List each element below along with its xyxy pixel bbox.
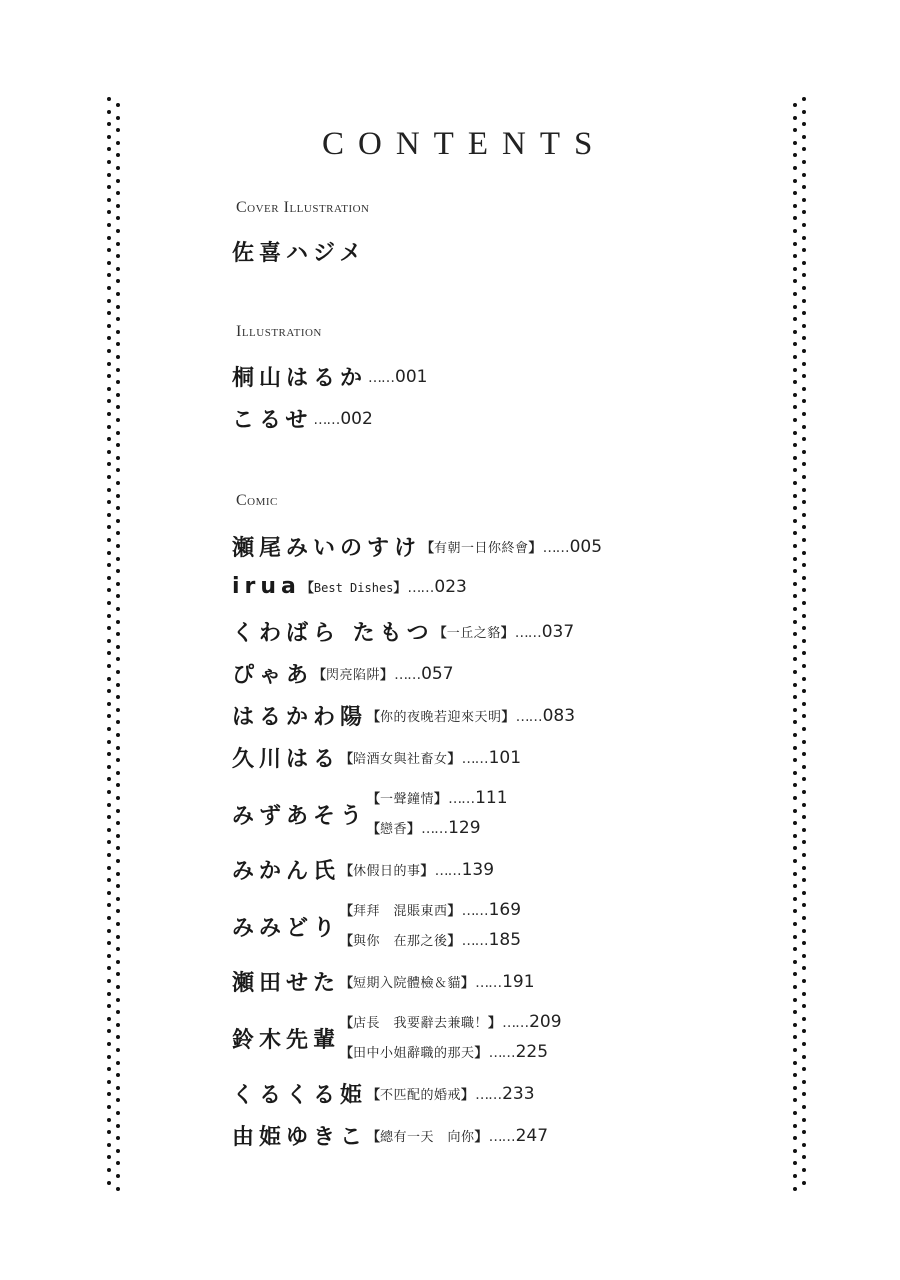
artist-name: 由姫ゆきこ bbox=[232, 1120, 367, 1151]
leader-dots: …… bbox=[407, 580, 433, 596]
bracket-close: 】 bbox=[475, 1126, 488, 1145]
bracket-close: 】 bbox=[529, 537, 542, 556]
artist-name: 瀬尾みいのすけ bbox=[232, 531, 421, 562]
bracket-open: 【 bbox=[421, 537, 434, 556]
artist-name: みずあそう bbox=[232, 799, 367, 830]
toc-entry: ぴゃあ【閃亮陷阱】……057 bbox=[232, 658, 454, 689]
leader-dots: …… bbox=[462, 897, 488, 925]
leader-dots: …… bbox=[475, 975, 501, 991]
bracket-open: 【 bbox=[340, 972, 353, 991]
work-title: 短期入院體檢＆貓 bbox=[353, 972, 461, 991]
page-number: 191 bbox=[502, 972, 534, 992]
leader-dots: …… bbox=[462, 927, 488, 955]
bracket-open: 【 bbox=[340, 1040, 353, 1068]
toc-entry: くわばら たもつ【一丘之貉】……037 bbox=[232, 616, 574, 647]
page-number: 002 bbox=[340, 409, 372, 429]
leader-dots: …… bbox=[368, 370, 394, 386]
work-item: 【短期入院體檢＆貓】……191 bbox=[340, 972, 535, 992]
work-list: ……001 bbox=[367, 367, 427, 387]
work-item: 【有朝一日你終會】……005 bbox=[421, 537, 602, 557]
bracket-close: 】 bbox=[448, 898, 461, 926]
bracket-close: 】 bbox=[475, 1040, 488, 1068]
leader-dots: …… bbox=[543, 540, 569, 556]
artist-name: 瀬田せた bbox=[232, 966, 340, 997]
page-number: 083 bbox=[543, 706, 575, 726]
work-item: 【一聲鐘情】……111 bbox=[367, 784, 508, 814]
page-number: 233 bbox=[502, 1084, 534, 1104]
artist-name: ぴゃあ bbox=[232, 658, 313, 689]
work-title: 休假日的事 bbox=[353, 860, 421, 879]
bracket-close: 】 bbox=[461, 1084, 474, 1103]
bracket-close: 】 bbox=[407, 816, 420, 844]
page-number: 247 bbox=[516, 1126, 548, 1146]
left-dotted-border-inner bbox=[116, 103, 120, 1187]
artist-name: 鈴木先輩 bbox=[232, 1023, 340, 1054]
page-number: 169 bbox=[489, 896, 521, 924]
bracket-open: 【 bbox=[434, 622, 447, 641]
toc-entry: irua【Best Dishes】……023 bbox=[232, 574, 467, 599]
artist-name: はるかわ陽 bbox=[232, 700, 367, 731]
artist-name: 桐山はるか bbox=[232, 361, 367, 392]
section-label-illustration: Illustration bbox=[236, 323, 322, 341]
work-item: 【休假日的事】……139 bbox=[340, 860, 494, 880]
bracket-open: 【 bbox=[367, 1084, 380, 1103]
left-dotted-border bbox=[107, 97, 111, 1187]
leader-dots: …… bbox=[448, 785, 474, 813]
bracket-open: 【 bbox=[340, 898, 353, 926]
work-title: 田中小姐辭職的那天 bbox=[353, 1040, 475, 1068]
page-number: 129 bbox=[448, 814, 480, 842]
right-dotted-border-outer bbox=[802, 97, 806, 1187]
work-title: 閃亮陷阱 bbox=[326, 664, 380, 683]
work-item: 【閃亮陷阱】……057 bbox=[313, 664, 454, 684]
leader-dots: …… bbox=[489, 1039, 515, 1067]
toc-entry: こるせ……002 bbox=[232, 403, 373, 434]
work-item: 【店長 我要辭去兼職！】……209 bbox=[340, 1008, 562, 1038]
toc-entry: 瀬田せた【短期入院體檢＆貓】……191 bbox=[232, 966, 535, 997]
artist-name: irua bbox=[232, 574, 301, 599]
work-title: 有朝一日你終會 bbox=[434, 537, 529, 556]
artist-name: 久川はる bbox=[232, 742, 340, 773]
bracket-close: 】 bbox=[488, 1010, 501, 1038]
bracket-open: 【 bbox=[367, 706, 380, 725]
bracket-close: 】 bbox=[502, 706, 515, 725]
leader-dots: …… bbox=[435, 863, 461, 879]
bracket-open: 【 bbox=[301, 577, 314, 596]
work-list: 【拜拜 混賬東西】……169【與你 在那之後】……185 bbox=[340, 896, 521, 956]
page-number: 101 bbox=[489, 748, 521, 768]
work-item: ……002 bbox=[312, 409, 372, 429]
bracket-open: 【 bbox=[340, 748, 353, 767]
section-label-comic: Comic bbox=[236, 492, 278, 510]
work-item: 【一丘之貉】……037 bbox=[434, 622, 575, 642]
bracket-close: 】 bbox=[461, 972, 474, 991]
toc-entry: 久川はる【陪酒女與社畜女】……101 bbox=[232, 742, 521, 773]
work-list: 【有朝一日你終會】……005 bbox=[421, 537, 602, 557]
artist-name: みかん氏 bbox=[232, 854, 340, 885]
work-title: Best Dishes bbox=[314, 581, 393, 595]
toc-entry: みかん氏【休假日的事】……139 bbox=[232, 854, 494, 885]
toc-entry: 瀬尾みいのすけ【有朝一日你終會】……005 bbox=[232, 531, 602, 562]
page-number: 005 bbox=[570, 537, 602, 557]
leader-dots: …… bbox=[502, 1009, 528, 1037]
page-number: 037 bbox=[542, 622, 574, 642]
work-item: 【拜拜 混賬東西】……169 bbox=[340, 896, 521, 926]
page-number: 111 bbox=[475, 784, 507, 812]
artist-name: 佐喜ハジメ bbox=[232, 236, 366, 267]
work-title: 一聲鐘情 bbox=[380, 786, 434, 814]
work-list: 【閃亮陷阱】……057 bbox=[313, 664, 454, 684]
work-title: 不匹配的婚戒 bbox=[380, 1084, 461, 1103]
leader-dots: …… bbox=[516, 709, 542, 725]
work-title: 店長 我要辭去兼職！ bbox=[353, 1010, 488, 1038]
work-title: 總有一天 向你 bbox=[380, 1126, 475, 1145]
bracket-close: 】 bbox=[448, 748, 461, 767]
page-number: 209 bbox=[529, 1008, 561, 1036]
work-item: 【總有一天 向你】……247 bbox=[367, 1126, 548, 1146]
leader-dots: …… bbox=[475, 1087, 501, 1103]
work-list: 【你的夜晚若迎來天明】……083 bbox=[367, 706, 575, 726]
work-item: 【田中小姐辭職的那天】……225 bbox=[340, 1038, 562, 1068]
toc-entry: はるかわ陽【你的夜晚若迎來天明】……083 bbox=[232, 700, 575, 731]
bracket-close: 】 bbox=[434, 786, 447, 814]
work-title: 陪酒女與社畜女 bbox=[353, 748, 448, 767]
work-list: 【陪酒女與社畜女】……101 bbox=[340, 748, 521, 768]
artist-name: こるせ bbox=[232, 403, 312, 434]
work-list: 【不匹配的婚戒】……233 bbox=[367, 1084, 535, 1104]
work-list: 【一聲鐘情】……111【戀香】……129 bbox=[367, 784, 508, 844]
work-title: 戀香 bbox=[380, 816, 407, 844]
toc-entry: みみどり【拜拜 混賬東西】……169【與你 在那之後】……185 bbox=[232, 896, 521, 956]
work-list: 【一丘之貉】……037 bbox=[434, 622, 575, 642]
work-title: 你的夜晚若迎來天明 bbox=[380, 706, 502, 725]
work-item: ……001 bbox=[367, 367, 427, 387]
page-number: 023 bbox=[434, 577, 466, 597]
work-item: 【不匹配的婚戒】……233 bbox=[367, 1084, 535, 1104]
leader-dots: …… bbox=[313, 412, 339, 428]
page-number: 139 bbox=[462, 860, 494, 880]
section-label-cover-illustration: Cover Illustration bbox=[236, 199, 370, 217]
artist-name: くわばら たもつ bbox=[232, 616, 434, 647]
bracket-open: 【 bbox=[367, 1126, 380, 1145]
work-list: 【總有一天 向你】……247 bbox=[367, 1126, 548, 1146]
work-item: 【你的夜晚若迎來天明】……083 bbox=[367, 706, 575, 726]
bracket-close: 】 bbox=[393, 577, 406, 596]
leader-dots: …… bbox=[421, 815, 447, 843]
work-list: ……002 bbox=[312, 409, 372, 429]
work-item: 【Best Dishes】……023 bbox=[301, 577, 467, 597]
work-item: 【與你 在那之後】……185 bbox=[340, 926, 521, 956]
bracket-open: 【 bbox=[340, 928, 353, 956]
page-number: 001 bbox=[395, 367, 427, 387]
leader-dots: …… bbox=[394, 667, 420, 683]
bracket-open: 【 bbox=[340, 1010, 353, 1038]
toc-entry: くるくる姫【不匹配的婚戒】……233 bbox=[232, 1078, 535, 1109]
artist-name: みみどり bbox=[232, 911, 340, 942]
bracket-open: 【 bbox=[313, 664, 326, 683]
bracket-close: 】 bbox=[421, 860, 434, 879]
bracket-open: 【 bbox=[340, 860, 353, 879]
artist-name: くるくる姫 bbox=[232, 1078, 367, 1109]
bracket-close: 】 bbox=[501, 622, 514, 641]
leader-dots: …… bbox=[462, 751, 488, 767]
work-title: 拜拜 混賬東西 bbox=[353, 898, 448, 926]
leader-dots: …… bbox=[489, 1129, 515, 1145]
toc-entry: 桐山はるか……001 bbox=[232, 361, 427, 392]
work-title: 一丘之貉 bbox=[447, 622, 501, 641]
work-list: 【短期入院體檢＆貓】……191 bbox=[340, 972, 535, 992]
right-dotted-border bbox=[793, 103, 797, 1187]
bracket-close: 】 bbox=[380, 664, 393, 683]
work-list: 【店長 我要辭去兼職！】……209【田中小姐辭職的那天】……225 bbox=[340, 1008, 562, 1068]
toc-entry: 鈴木先輩【店長 我要辭去兼職！】……209【田中小姐辭職的那天】……225 bbox=[232, 1008, 562, 1068]
work-item: 【陪酒女與社畜女】……101 bbox=[340, 748, 521, 768]
bracket-close: 】 bbox=[448, 928, 461, 956]
toc-entry: みずあそう【一聲鐘情】……111【戀香】……129 bbox=[232, 784, 508, 844]
bracket-open: 【 bbox=[367, 816, 380, 844]
toc-entry: 佐喜ハジメ bbox=[232, 236, 366, 267]
toc-entry: 由姫ゆきこ【總有一天 向你】……247 bbox=[232, 1120, 548, 1151]
work-list: 【休假日的事】……139 bbox=[340, 860, 494, 880]
leader-dots: …… bbox=[515, 625, 541, 641]
bracket-open: 【 bbox=[367, 786, 380, 814]
page-number: 185 bbox=[489, 926, 521, 954]
work-list: 【Best Dishes】……023 bbox=[301, 577, 467, 597]
page-number: 225 bbox=[516, 1038, 548, 1066]
page-number: 057 bbox=[421, 664, 453, 684]
work-item: 【戀香】……129 bbox=[367, 814, 508, 844]
work-title: 與你 在那之後 bbox=[353, 928, 448, 956]
page-title: CONTENTS bbox=[322, 126, 606, 163]
